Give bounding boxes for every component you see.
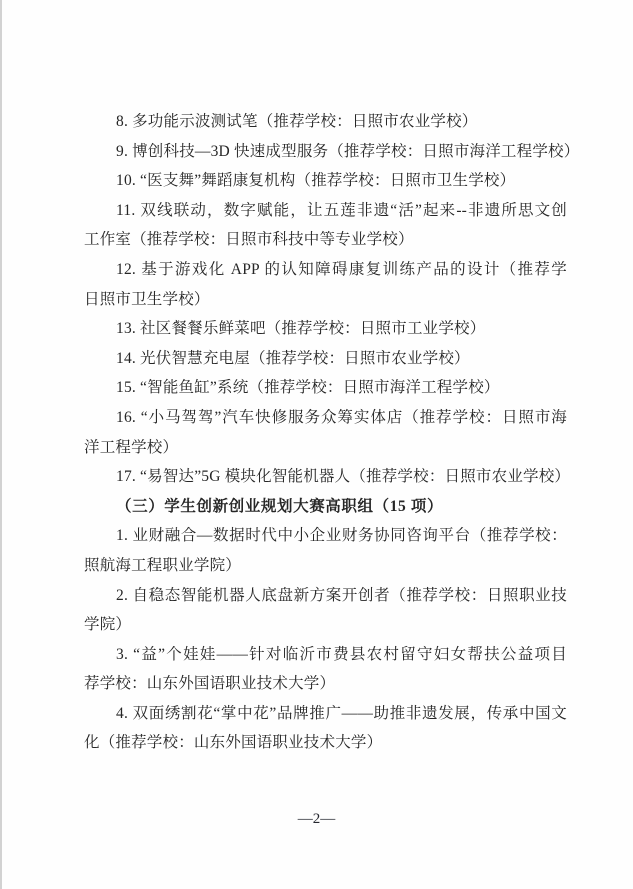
section-heading: （三）学生创新创业规划大赛高职组（15 项） (84, 492, 567, 522)
document-line: 8. 多功能示波测试笔（推荐学校：日照市农业学校） (84, 107, 567, 137)
document-line: 13. 社区餐餐乐鲜菜吧（推荐学校：日照市工业学校） (84, 314, 567, 344)
document-line: 2. 自稳态智能机器人底盘新方案开创者（推荐学校：日照职业技术 (84, 581, 567, 611)
document-line: 11. 双线联动，数字赋能，让五莲非遗“活”起来--非遗所思文创 (84, 196, 567, 226)
document-line: 16. “小马驾驾”汽车快修服务众筹实体店（推荐学校：日照市海 (84, 403, 567, 433)
document-line: 照航海工程职业学院） (84, 551, 567, 581)
document-line: 1. 业财融合—数据时代中小企业财务协同咨询平台（推荐学校：日 (84, 521, 567, 551)
document-line: 化（推荐学校：山东外国语职业技术大学） (84, 728, 567, 758)
document-line: 14. 光伏智慧充电屋（推荐学校：日照市农业学校） (84, 344, 567, 374)
document-body: 8. 多功能示波测试笔（推荐学校：日照市农业学校）9. 博创科技—3D 快速成型… (84, 107, 567, 758)
document-line: 17. “易智达”5G 模块化智能机器人（推荐学校：日照市农业学校） (84, 462, 567, 492)
document-line: 日照市卫生学校） (84, 285, 567, 315)
document-line: 洋工程学校） (84, 433, 567, 463)
document-line: 15. “智能鱼缸”系统（推荐学校：日照市海洋工程学校） (84, 373, 567, 403)
scan-edge (0, 0, 2, 889)
document-line: 学院） (84, 610, 567, 640)
document-line: 荐学校：山东外国语职业技术大学） (84, 669, 567, 699)
document-page: 8. 多功能示波测试笔（推荐学校：日照市农业学校）9. 博创科技—3D 快速成型… (0, 0, 633, 889)
document-line: 12. 基于游戏化 APP 的认知障碍康复训练产品的设计（推荐学校： (84, 255, 567, 285)
document-line: 10. “医支舞”舞蹈康复机构（推荐学校：日照市卫生学校） (84, 166, 567, 196)
document-line: 9. 博创科技—3D 快速成型服务（推荐学校：日照市海洋工程学校） (84, 137, 567, 167)
document-line: 3. “益”个娃娃——针对临沂市费县农村留守妇女帮扶公益项目（推 (84, 640, 567, 670)
page-number: —2— (0, 808, 633, 830)
document-line: 4. 双面绣割花“掌中花”品牌推广——助推非遗发展，传承中国文 (84, 699, 567, 729)
document-line: 工作室（推荐学校：日照市科技中等专业学校） (84, 225, 567, 255)
